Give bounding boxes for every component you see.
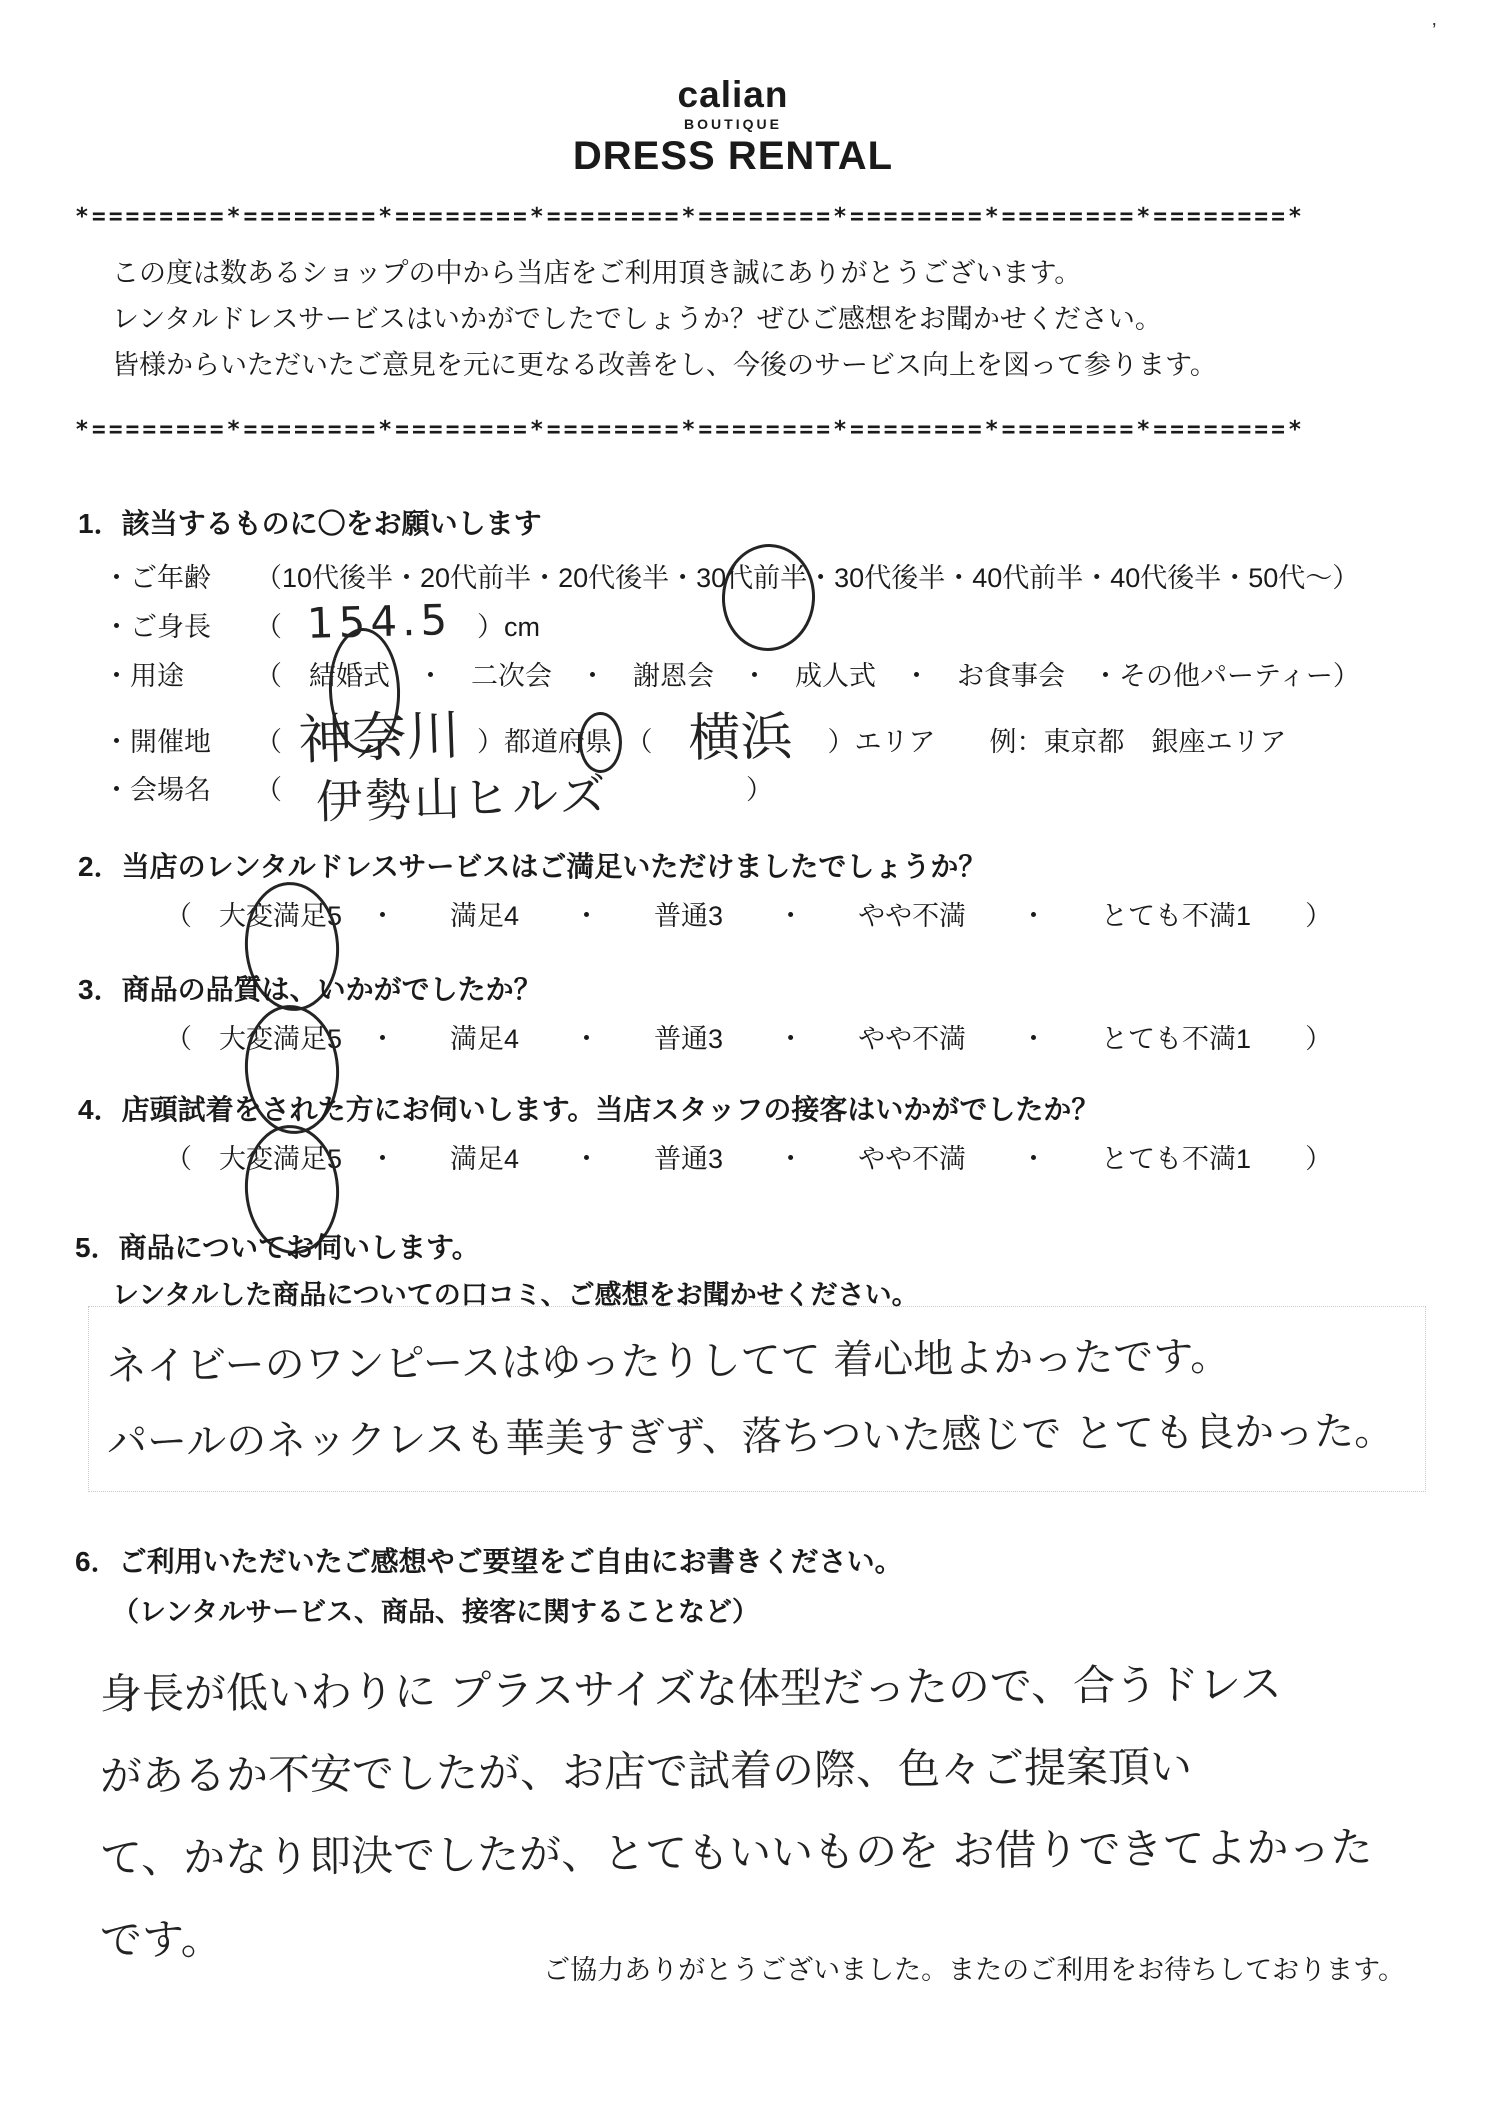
question-4-heading: 4．店頭試着をされた方にお伺いします。当店スタッフの接客はいかがでしたか？ (78, 1088, 1099, 1128)
age-options-pre: （10代後半・20代前半・20代後半・ (255, 563, 696, 593)
question-2-heading: 2．当店のレンタルドレスサービスはご満足いただけましたでしょうか？ (78, 845, 986, 885)
q4-scale-five: 5 (327, 1144, 342, 1174)
q6-handwritten-answer: 身長が低いわりに プラスサイズな体型だったので、合うドレス があるか不安でしたが… (100, 1648, 1373, 1976)
purpose-circled-answer: 結婚式 (309, 654, 390, 693)
q4-rating-row: （ 大変満足5 ・ 満足4 ・ 普通3 ・ やや不満 ・ とても不満1 ） (165, 1137, 1332, 1176)
location-label: ・開催地 (103, 720, 255, 759)
question-5-heading: 5．商品についてお伺いします。 (75, 1226, 480, 1266)
q2-scale-options: ・ 満足4 ・ 普通3 ・ やや不満 ・ とても不満1 ） (342, 901, 1332, 931)
prefecture-circled-char: 県 (585, 720, 612, 759)
separator-line-bottom: *========*========*========*========*===… (75, 417, 1305, 443)
q2-scale-five: 5 (327, 901, 342, 931)
venue-paren-open: （ (255, 775, 282, 805)
question-3-heading: 3．商品の品質は、いかがでしたか？ (78, 968, 542, 1008)
height-handwritten-value: 154.5 (281, 598, 477, 645)
location-example: 例：東京都 銀座エリア (936, 727, 1287, 757)
prefecture-paren-open: （ (255, 727, 282, 757)
q1-venue-row: ・会場名（伊勢山ヒルズ） (103, 760, 773, 807)
area-suffix: ）エリア (828, 727, 936, 757)
q1-height-row: ・ご身長（154.5）cm (103, 601, 540, 644)
q5-answer-line-1: ネイビーのワンピースはゆったりしてて 着心地よかったです。 (107, 1317, 1408, 1404)
brand-logo: calian (0, 76, 1466, 113)
q4-scale-open: （ (165, 1144, 219, 1174)
age-circled-text: 30代前半 (696, 563, 807, 593)
purpose-paren-open: （ (255, 661, 309, 691)
intro-line-3: 皆様からいただいたご意見を元に更なる改善をし、今後のサービス向上を図って参ります… (112, 342, 1217, 388)
survey-scan-page: ’ calian BOUTIQUE DRESS RENTAL *========… (0, 0, 1500, 2127)
height-unit: cm (504, 612, 540, 642)
q6-answer-line-1: 身長が低いわりに プラスサイズな体型だったので、合うドレス (100, 1642, 1373, 1735)
brand-subtitle: BOUTIQUE (0, 116, 1466, 132)
intro-line-2: レンタルドレスサービスはいかがでしたでしょうか？ぜひご感想をお聞かせください。 (112, 296, 1217, 342)
q3-scale-open: （ (165, 1024, 219, 1054)
q6-answer-line-2: があるか不安でしたが、お店で試着の際、色々ご提案頂い (100, 1724, 1373, 1817)
q1-location-row: ・開催地（神奈川）都道府県 （横浜）エリア 例：東京都 銀座エリア (103, 706, 1287, 760)
document-title: DRESS RENTAL (0, 135, 1466, 177)
q3-scale-five: 5 (327, 1024, 342, 1054)
prefecture-circled-text: 県 (585, 727, 612, 757)
q4-circled-text: 大変満足 (219, 1144, 327, 1174)
purpose-options-post: ・ 二次会 ・ 謝恩会 ・ 成人式 ・ お食事会 ・その他パーティー） (390, 661, 1360, 691)
q3-scale-options: ・ 満足4 ・ 普通3 ・ やや不満 ・ とても不満1 ） (342, 1024, 1332, 1054)
document-header: calian BOUTIQUE DRESS RENTAL (0, 76, 1466, 177)
q1-purpose-row: ・用途（ 結婚式 ・ 二次会 ・ 謝恩会 ・ 成人式 ・ お食事会 ・その他パー… (103, 654, 1360, 693)
height-label: ・ご身長 (103, 605, 255, 644)
q4-scale-options: ・ 満足4 ・ 普通3 ・ やや不満 ・ とても不満1 ） (342, 1144, 1332, 1174)
scan-speck: ’ (1432, 20, 1436, 43)
q3-rating-row: （ 大変満足5 ・ 満足4 ・ 普通3 ・ やや不満 ・ とても不満1 ） (165, 1017, 1332, 1056)
separator-line-top: *========*========*========*========*===… (75, 204, 1305, 230)
area-paren-open: （ (612, 727, 653, 757)
height-paren-open: （ (255, 612, 282, 642)
q6-answer-line-3: て、かなり即決でしたが、とてもいいものを お借りできてよかった (100, 1806, 1373, 1899)
venue-paren-close: ） (746, 775, 773, 805)
q4-circled-answer: 大変満足 (219, 1137, 327, 1176)
q5-answer-line-2: パールのネックレスも華美すぎず、落ちついた感じで とても良かった。 (107, 1393, 1408, 1480)
age-options-post: ・30代後半・40代前半・40代後半・50代～） (807, 563, 1359, 593)
area-handwritten-value: 横浜 (652, 710, 828, 765)
venue-handwritten-value: 伊勢山ヒルズ (281, 768, 746, 826)
q3-circled-text: 大変満足 (219, 1024, 327, 1054)
q5-handwritten-answer: ネイビーのワンピースはゆったりしてて 着心地よかったです。 パールのネックレスも… (88, 1306, 1426, 1492)
q2-circled-answer: 大変満足 (219, 894, 327, 933)
closing-message: ご協力ありがとうございました。またのご利用をお待ちしております。 (0, 1948, 1405, 1987)
height-paren-close: ） (477, 612, 504, 642)
intro-line-1: この度は数あるショップの中から当店をご利用頂き誠にありがとうございます。 (112, 250, 1217, 296)
prefecture-suffix: ）都道府 (477, 727, 585, 757)
purpose-label: ・用途 (103, 654, 255, 693)
question-6-subheading: （レンタルサービス、商品、接客に関することなど） (112, 1590, 759, 1629)
q2-scale-open: （ (165, 901, 219, 931)
age-label: ・ご年齢 (103, 556, 255, 595)
q3-circled-answer: 大変満足 (219, 1017, 327, 1056)
purpose-circled-text: 結婚式 (309, 661, 390, 691)
q1-age-row: ・ご年齢（10代後半・20代前半・20代後半・30代前半・30代後半・40代前半… (103, 556, 1359, 595)
intro-paragraph: この度は数あるショップの中から当店をご利用頂き誠にありがとうございます。 レンタ… (112, 250, 1217, 388)
q2-rating-row: （ 大変満足5 ・ 満足4 ・ 普通3 ・ やや不満 ・ とても不満1 ） (165, 894, 1332, 933)
q2-circled-text: 大変満足 (219, 901, 327, 931)
question-1-heading: 1．該当するものに〇をお願いします (78, 502, 542, 542)
age-circled-answer: 30代前半 (696, 556, 807, 595)
venue-label: ・会場名 (103, 768, 255, 807)
question-6-heading: 6．ご利用いただいたご感想やご要望をご自由にお書きください。 (75, 1540, 903, 1580)
